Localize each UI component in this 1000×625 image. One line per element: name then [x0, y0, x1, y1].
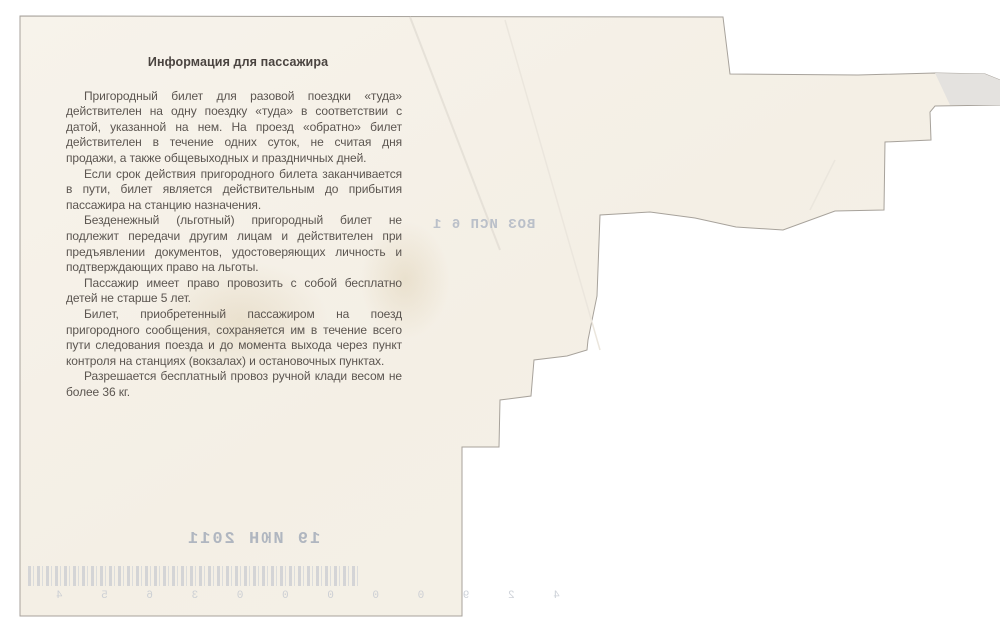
paragraph-free-ticket: Безденежный (льготный) пригородный билет…	[66, 213, 402, 275]
document-title: Информация для пассажира	[66, 55, 402, 71]
paragraph-validity: Пригородный билет для разовой поездки «т…	[66, 89, 402, 167]
paragraph-keep-ticket: Билет, приобретенный пассажиром на поезд…	[66, 307, 402, 369]
show-through-date-stamp: 19 ИЮН 2011	[186, 530, 320, 549]
passenger-info-text: Информация для пассажира Пригородный бил…	[66, 55, 402, 400]
paragraph-expiry-in-transit: Если срок действия пригородного билета з…	[66, 167, 402, 214]
paragraph-luggage: Разрешается бесплатный провоз ручной кла…	[66, 369, 402, 400]
show-through-barcode	[28, 566, 358, 586]
show-through-barcode-digits: 4 2 9 0 0 0 0 0 3 6 5 4	[40, 590, 560, 602]
paragraph-children: Пассажир имеет право провозить с собой б…	[66, 276, 402, 307]
scanned-ticket: ВОЗ ИСП 6 1 19 ИЮН 2011 4 2 9 0 0 0 0 0 …	[0, 0, 1000, 625]
show-through-code-stamp: ВОЗ ИСП 6 1	[432, 217, 535, 233]
